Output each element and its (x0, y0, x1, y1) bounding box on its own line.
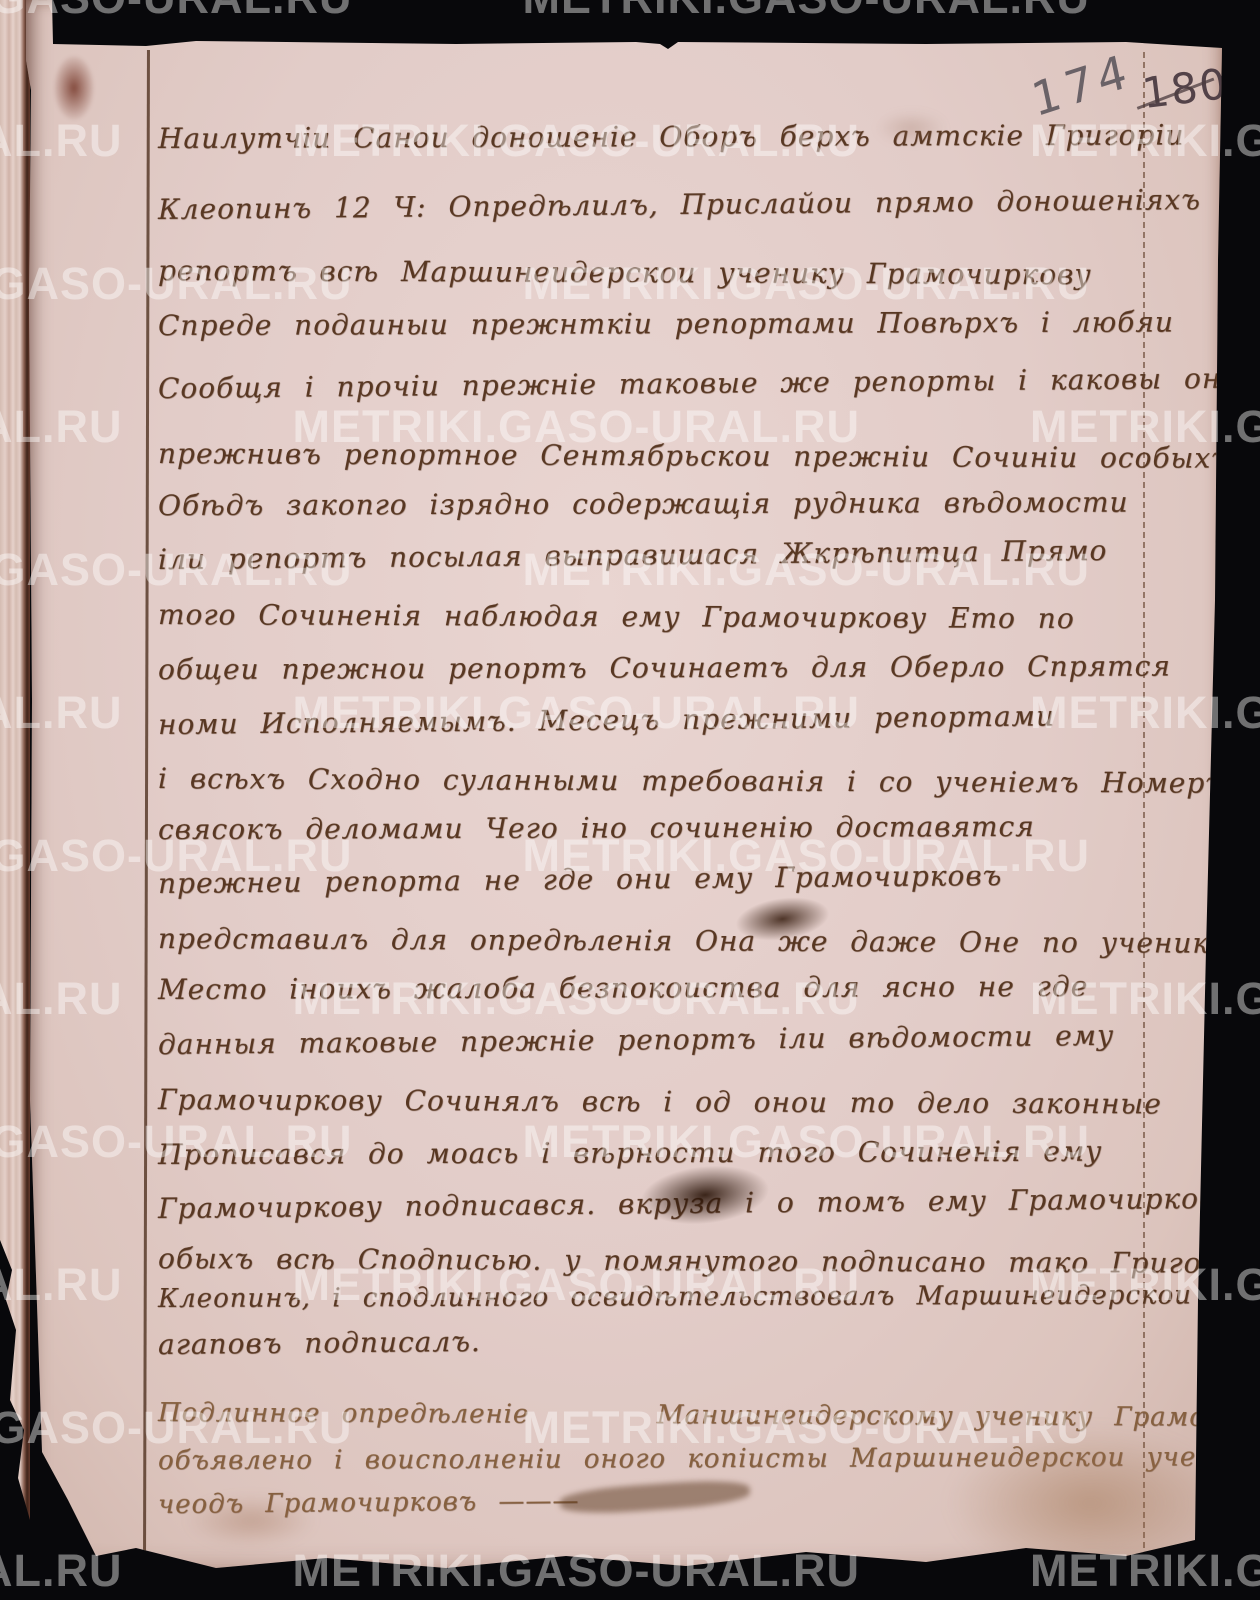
folio-number-crossed: 180 (1139, 59, 1231, 118)
manuscript-line: репортъ всѣ Маршинеидерскои ученику Грам… (158, 254, 1092, 291)
watermark-row: METRIKI.GASO-URAL.RUMETRIKI.GASO-URAL.RU… (0, 0, 1260, 24)
manuscript-line: агаповъ подписалъ. (158, 1325, 481, 1361)
manuscript-line: Клеопинъ 12 Ч: Опредѣлилъ, Прислайои пря… (158, 183, 1201, 226)
manuscript-line: того Сочиненія наблюдая ему Грамочиркову… (158, 598, 1075, 635)
manuscript-line: Место іноихъ жалоба безпокоиства для ясн… (158, 970, 1088, 1006)
manuscript-line: Грамочиркову Сочинялъ всѣ і од онои то д… (158, 1083, 1162, 1120)
manuscript-page: 174 180 Наилутчіи Санои доношеніе Оборъ … (26, 0, 1224, 1578)
paper-stain (950, 1428, 1230, 1578)
left-margin-rule (143, 50, 149, 1555)
manuscript-line: номи Исполняемымъ. Месецъ прежними репор… (158, 699, 1055, 741)
paper-stain (876, 112, 946, 144)
watermark-text: METRIKI.GASO-URAL.RU (522, 0, 1089, 24)
manuscript-line: іли репортъ посылая выправишася Жкрѣпитц… (158, 534, 1108, 576)
manuscript-line: свясокъ деломами Чего іно сочиненію дост… (158, 810, 1035, 846)
manuscript-line: Сообщя і прочіи прежніе таковые же репор… (158, 362, 1247, 405)
scanned-manuscript-page: { "watermark": { "text": "METRIKI.GASO-U… (0, 0, 1260, 1600)
watermark-text: METRIKI.GASO-URAL.RU (0, 0, 352, 24)
manuscript-line: Обѣдъ закопго ізрядно содержащія рудника… (158, 486, 1129, 522)
manuscript-line: обыхъ всѣ Сподписью. у помянутого подпис… (158, 1242, 1250, 1280)
manuscript-line: представилъ для опредѣленія Она же даже … (158, 922, 1230, 960)
manuscript-line: данныя таковые прежніе репортъ іли вѣдом… (158, 1019, 1114, 1061)
right-margin-rule (1143, 52, 1145, 1548)
watermark-text: METRIKI.GASO-URAL.RU (1030, 1545, 1260, 1597)
ink-smudge (559, 1477, 750, 1516)
manuscript-line: прежнеи репорта не где они ему Грамочирк… (158, 859, 1003, 900)
paper-stain (186, 1495, 316, 1547)
folio-number-pencil: 174 (1027, 43, 1136, 128)
manuscript-line: і всѣхъ Сходно суланными требованія і со… (158, 762, 1225, 800)
manuscript-line: Спреде подаиныи прежнткіи репортами Повѣ… (158, 305, 1174, 342)
manuscript-line: Наилутчіи Санои доношеніе Оборъ берхъ ам… (158, 118, 1184, 155)
book-binding-edge (0, 0, 30, 1530)
paper-stain (54, 56, 94, 120)
manuscript-line: Клеопинъ, і сподлинного освидѣтельствова… (158, 1280, 1260, 1314)
manuscript-line: прежнивъ репортное Сентябрьскои прежніи … (158, 437, 1231, 475)
manuscript-line: общеи прежнои репортъ Сочинаетъ для Обер… (158, 649, 1171, 686)
manuscript-line: Прописався до моась і вѣрности того Сочи… (158, 1135, 1102, 1171)
